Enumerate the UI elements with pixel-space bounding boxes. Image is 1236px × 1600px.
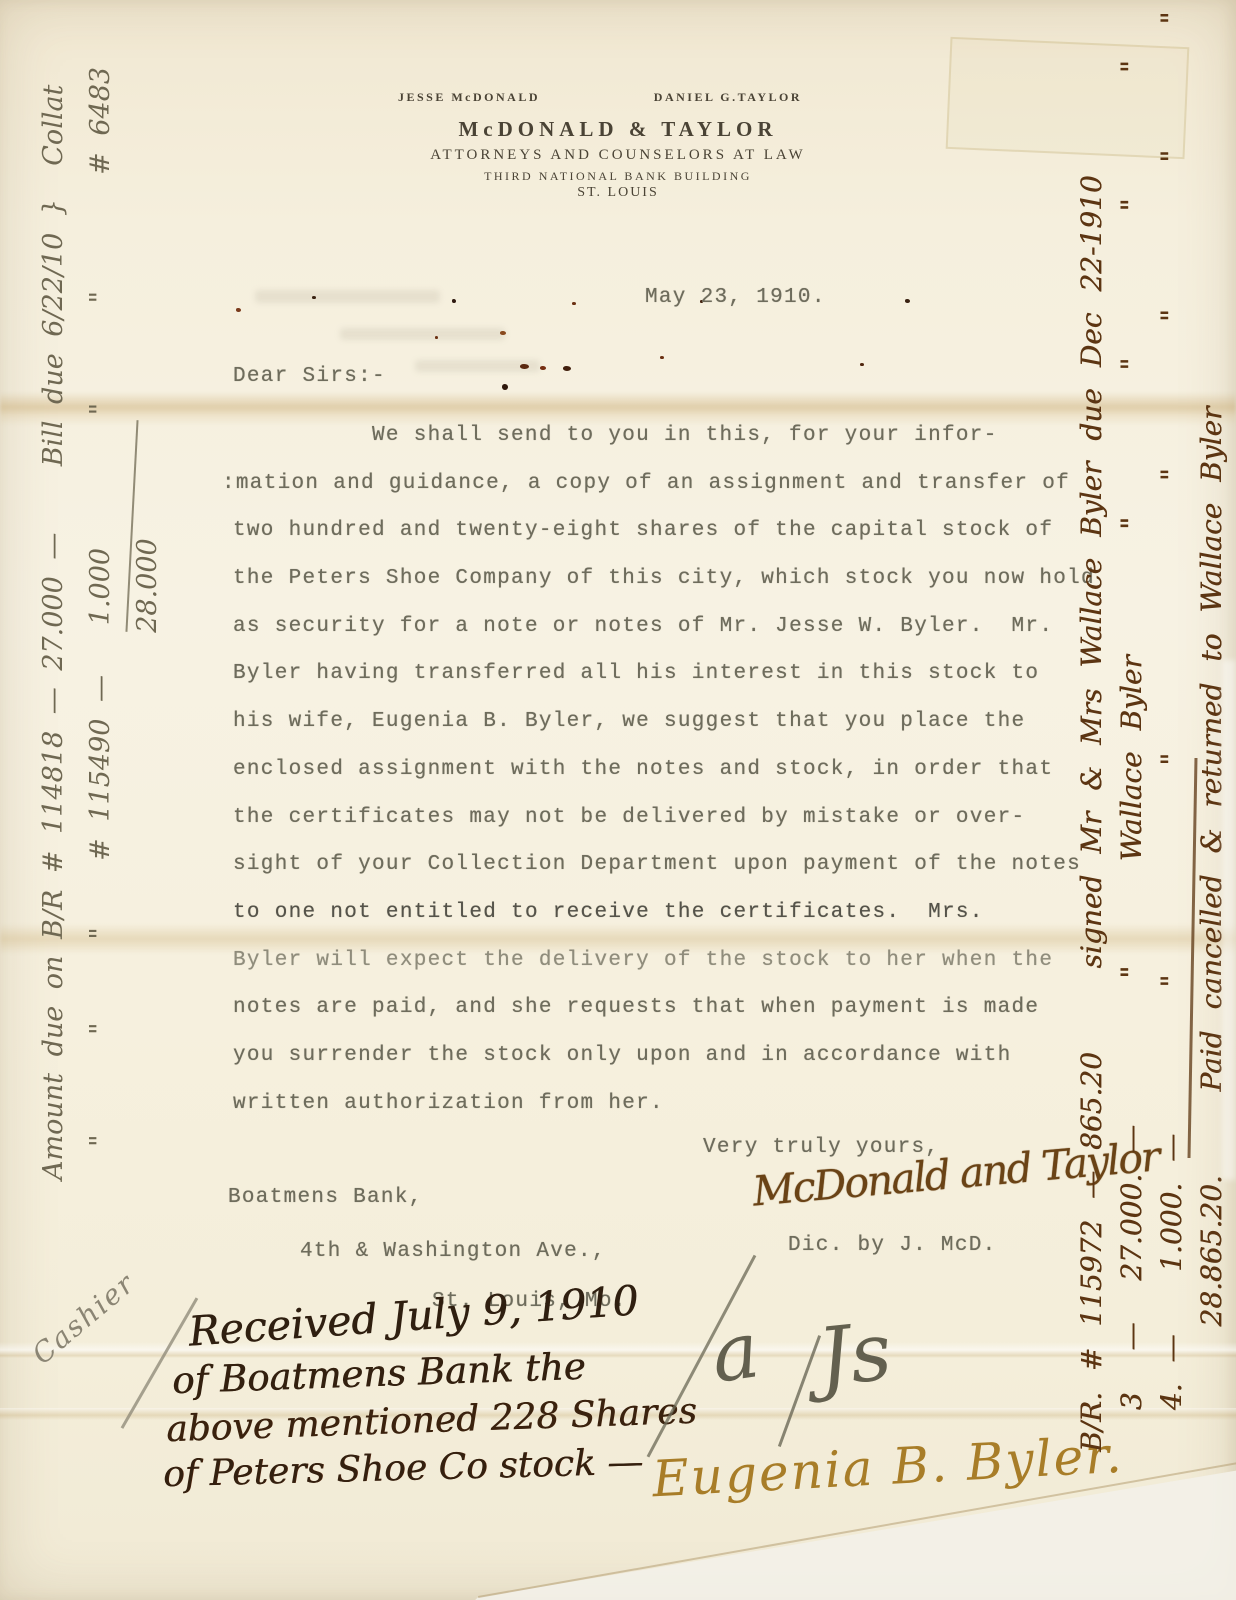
letterhead-firm-name: McDONALD & TAYLOR	[0, 117, 1236, 142]
receipt-line-2: of Boatmens Bank the	[171, 1345, 586, 1402]
pencil-initials-slash	[778, 1335, 821, 1447]
erased-text-smudge	[340, 328, 505, 340]
body-line: We shall send to you in this, for your i…	[233, 412, 1133, 460]
pencil-initials-js: Js	[813, 1304, 895, 1404]
body-line: notes are paid, and she requests that wh…	[233, 984, 1133, 1032]
addressee-name: Boatmens Bank,	[228, 1186, 423, 1209]
right-margin-line: B/R. # 115972 — 865.20 signed Mr & Mrs W…	[1072, 212, 1112, 1452]
partner-name-left: JESSE McDONALD	[398, 90, 540, 105]
letterhead-city: ST. LOUIS	[0, 185, 1236, 201]
body-line: his wife, Eugenia B. Byler, we suggest t…	[233, 698, 1133, 746]
letterhead-subtitle: ATTORNEYS AND COUNSELORS AT LAW	[0, 147, 1236, 164]
receipt-line-4: of Peters Shoe Co stock —	[163, 1442, 644, 1496]
letterhead-partner-names: JESSE McDONALD DANIEL G.TAYLOR	[398, 90, 802, 105]
erased-text-smudge	[255, 290, 440, 303]
right-margin-line: 4. — 1.000. — " " " " " "	[1152, 212, 1192, 1452]
letter-date: May 23, 1910.	[645, 286, 826, 309]
dictation-line: Dic. by J. McD.	[788, 1234, 997, 1257]
body-line: Byler will expect the delivery of the st…	[233, 937, 1133, 985]
body-line: enclosed assignment with the notes and s…	[233, 746, 1133, 794]
letterhead-building: THIRD NATIONAL BANK BUILDING	[0, 169, 1236, 184]
paper-right-edge-highlight	[1222, 660, 1236, 1180]
pencil-initials-a: a	[706, 1305, 765, 1401]
left-margin-line: Amount due on B/R # 114818 — 27.000 — Bi…	[30, 20, 77, 1180]
fold-crease-receipt	[0, 1342, 1236, 1358]
body-line: you surrender the stock only upon and in…	[233, 1032, 1133, 1080]
scanned-letter-page: JESSE McDONALD DANIEL G.TAYLOR McDONALD …	[0, 0, 1236, 1600]
body-line: to one not entitled to receive the certi…	[233, 889, 1133, 937]
body-line: the certificates may not be delivered by…	[233, 794, 1133, 842]
right-margin-line: 3 — 27.000. — " Wallace Byler " " " "	[1112, 212, 1152, 1452]
body-line: two hundred and twenty-eight shares of t…	[233, 507, 1133, 555]
body-line: the Peters Shoe Company of this city, wh…	[233, 555, 1133, 603]
addressee-street: 4th & Washington Ave.,	[300, 1240, 606, 1263]
body-line: Byler having transferred all his interes…	[233, 650, 1133, 698]
partner-name-right: DANIEL G.TAYLOR	[654, 90, 802, 105]
letter-body: We shall send to you in this, for your i…	[233, 412, 1133, 1127]
receipt-line-1: Received July 9, 1910	[187, 1276, 640, 1355]
left-margin-note: Amount due on B/R # 114818 — 27.000 — Bi…	[30, 20, 171, 1180]
cashier-pencil-note: Cashier	[26, 1266, 142, 1371]
left-margin-line: " " " # 115490 — 1.000 " " # 6483	[77, 20, 124, 1180]
right-margin-note: B/R. # 115972 — 865.20 signed Mr & Mrs W…	[1072, 212, 1232, 1452]
body-line: written authorization from her.	[233, 1080, 1133, 1128]
body-line: :mation and guidance, a copy of an assig…	[222, 460, 1133, 508]
body-line: as security for a note or notes of Mr. J…	[233, 603, 1133, 651]
left-margin-line: 28.000	[124, 20, 171, 1180]
body-line: sight of your Collection Department upon…	[233, 841, 1133, 889]
letter-salutation: Dear Sirs:-	[233, 365, 386, 388]
